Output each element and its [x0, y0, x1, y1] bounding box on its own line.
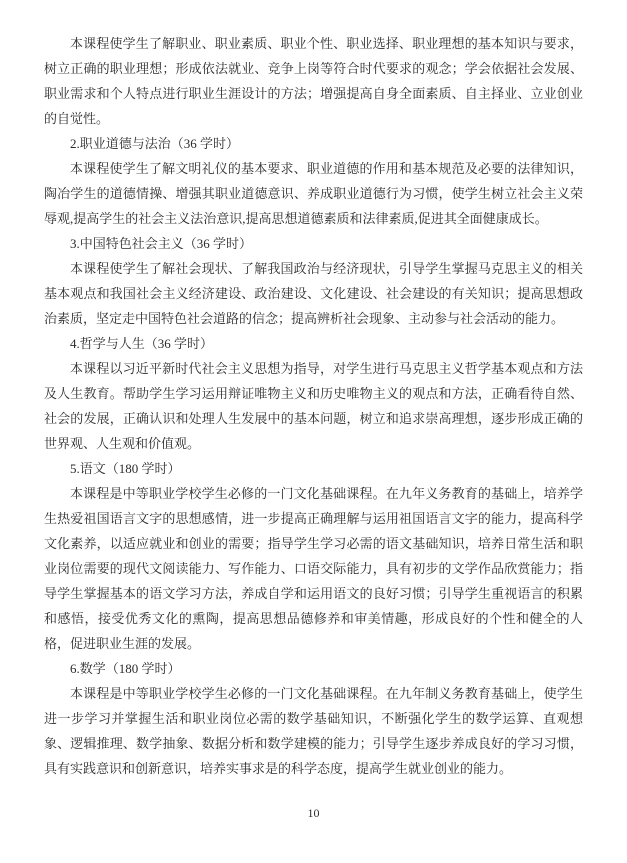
document-page: 本课程使学生了解职业、职业素质、职业个性、职业选择、职业理想的基本知识与要求，树… — [0, 0, 627, 863]
paragraph-socialism: 本课程使学生了解社会现状、了解我国政治与经济现状，引导学生掌握马克思主义的相关基… — [44, 256, 583, 331]
section-heading-math: 6.数学（180 学时） — [44, 656, 583, 681]
section-heading-ethics-law: 2.职业道德与法治（36 学时） — [44, 131, 583, 156]
page-number: 10 — [0, 806, 627, 820]
section-heading-philosophy-life: 4.哲学与人生（36 学时） — [44, 331, 583, 356]
section-heading-socialism: 3.中国特色社会主义（36 学时） — [44, 231, 583, 256]
paragraph-math: 本课程是中等职业学校学生必修的一门文化基础课程。在九年制义务教育基础上，使学生进… — [44, 681, 583, 781]
paragraph-chinese: 本课程是中等职业学校学生必修的一门文化基础课程。在九年义务教育的基础上，培养学生… — [44, 481, 583, 656]
paragraph-philosophy-life: 本课程以习近平新时代社会主义思想为指导，对学生进行马克思主义哲学基本观点和方法及… — [44, 356, 583, 456]
paragraph-career-course: 本课程使学生了解职业、职业素质、职业个性、职业选择、职业理想的基本知识与要求，树… — [44, 31, 583, 131]
paragraph-ethics-law: 本课程使学生了解文明礼仪的基本要求、职业道德的作用和基本规范及必要的法律知识，陶… — [44, 156, 583, 231]
document-body: 本课程使学生了解职业、职业素质、职业个性、职业选择、职业理想的基本知识与要求，树… — [44, 31, 583, 781]
section-heading-chinese: 5.语文（180 学时） — [44, 456, 583, 481]
